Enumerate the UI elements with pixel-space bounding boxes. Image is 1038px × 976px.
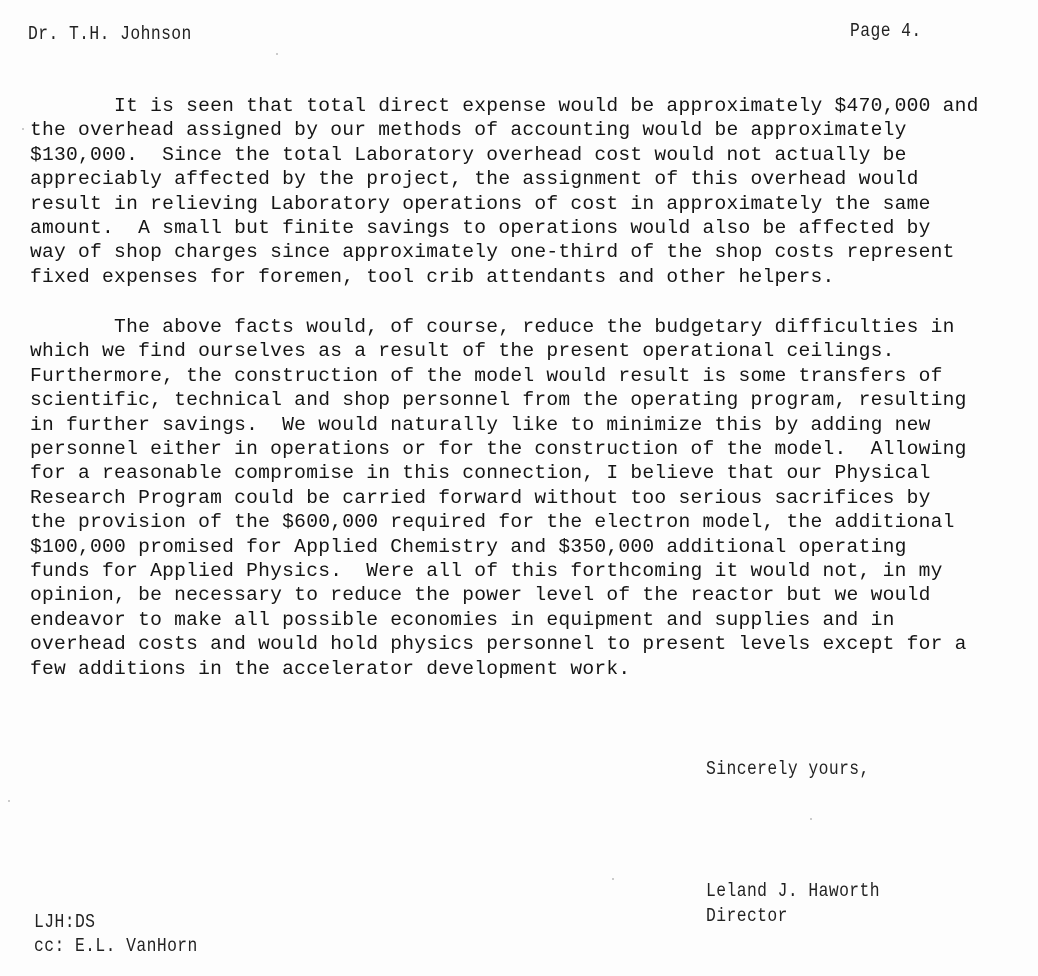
paragraph-line: Furthermore, the construction of the mod… [30,364,1030,388]
scan-speck [810,818,812,820]
paragraph-line: overhead costs and would hold physics pe… [30,632,1030,656]
paragraph-line: for a reasonable compromise in this conn… [30,461,1030,485]
body-paragraph-2: The above facts would, of course, reduce… [30,315,1030,681]
scan-speck [276,53,278,55]
paragraph-line: endeavor to make all possible economies … [30,608,1030,632]
paragraph-line: $130,000. Since the total Laboratory ove… [30,143,1030,167]
reference-initials: LJH:DS [34,911,95,933]
paragraph-line: $100,000 promised for Applied Chemistry … [30,535,1030,559]
paragraph-line: fixed expenses for foremen, tool crib at… [30,265,1030,289]
paragraph-line: opinion, be necessary to reduce the powe… [30,583,1030,607]
paragraph-line: in further savings. We would naturally l… [30,413,1030,437]
recipient-header: Dr. T.H. Johnson [28,23,192,45]
paragraph-line: result in relieving Laboratory operation… [30,192,1030,216]
paragraph-line: Research Program could be carried forwar… [30,486,1030,510]
body-paragraph-1: It is seen that total direct expense wou… [30,94,1030,289]
paragraph-line: way of shop charges since approximately … [30,240,1030,264]
scan-speck [612,878,614,880]
paragraph-line: the provision of the $600,000 required f… [30,510,1030,534]
scan-speck [8,800,10,802]
paragraph-line: personnel either in operations or for th… [30,437,1030,461]
paragraph-line: scientific, technical and shop personnel… [30,388,1030,412]
letter-page: Dr. T.H. Johnson Page 4. It is seen that… [0,0,1038,976]
paragraph-line: funds for Applied Physics. Were all of t… [30,559,1030,583]
page-number: Page 4. [850,20,922,42]
paragraph-line: The above facts would, of course, reduce… [30,315,1030,339]
scan-speck [22,128,24,130]
paragraph-line: the overhead assigned by our methods of … [30,118,1030,142]
carbon-copy-line: cc: E.L. VanHorn [34,935,198,957]
paragraph-line: few additions in the accelerator develop… [30,657,1030,681]
signatory-title: Director [706,905,788,927]
paragraph-line: which we find ourselves as a result of t… [30,339,1030,363]
paragraph-line: appreciably affected by the project, the… [30,167,1030,191]
paragraph-line: amount. A small but finite savings to op… [30,216,1030,240]
paragraph-line: It is seen that total direct expense wou… [30,94,1030,118]
signatory-name: Leland J. Haworth [706,880,880,902]
closing-salutation: Sincerely yours, [706,758,870,780]
